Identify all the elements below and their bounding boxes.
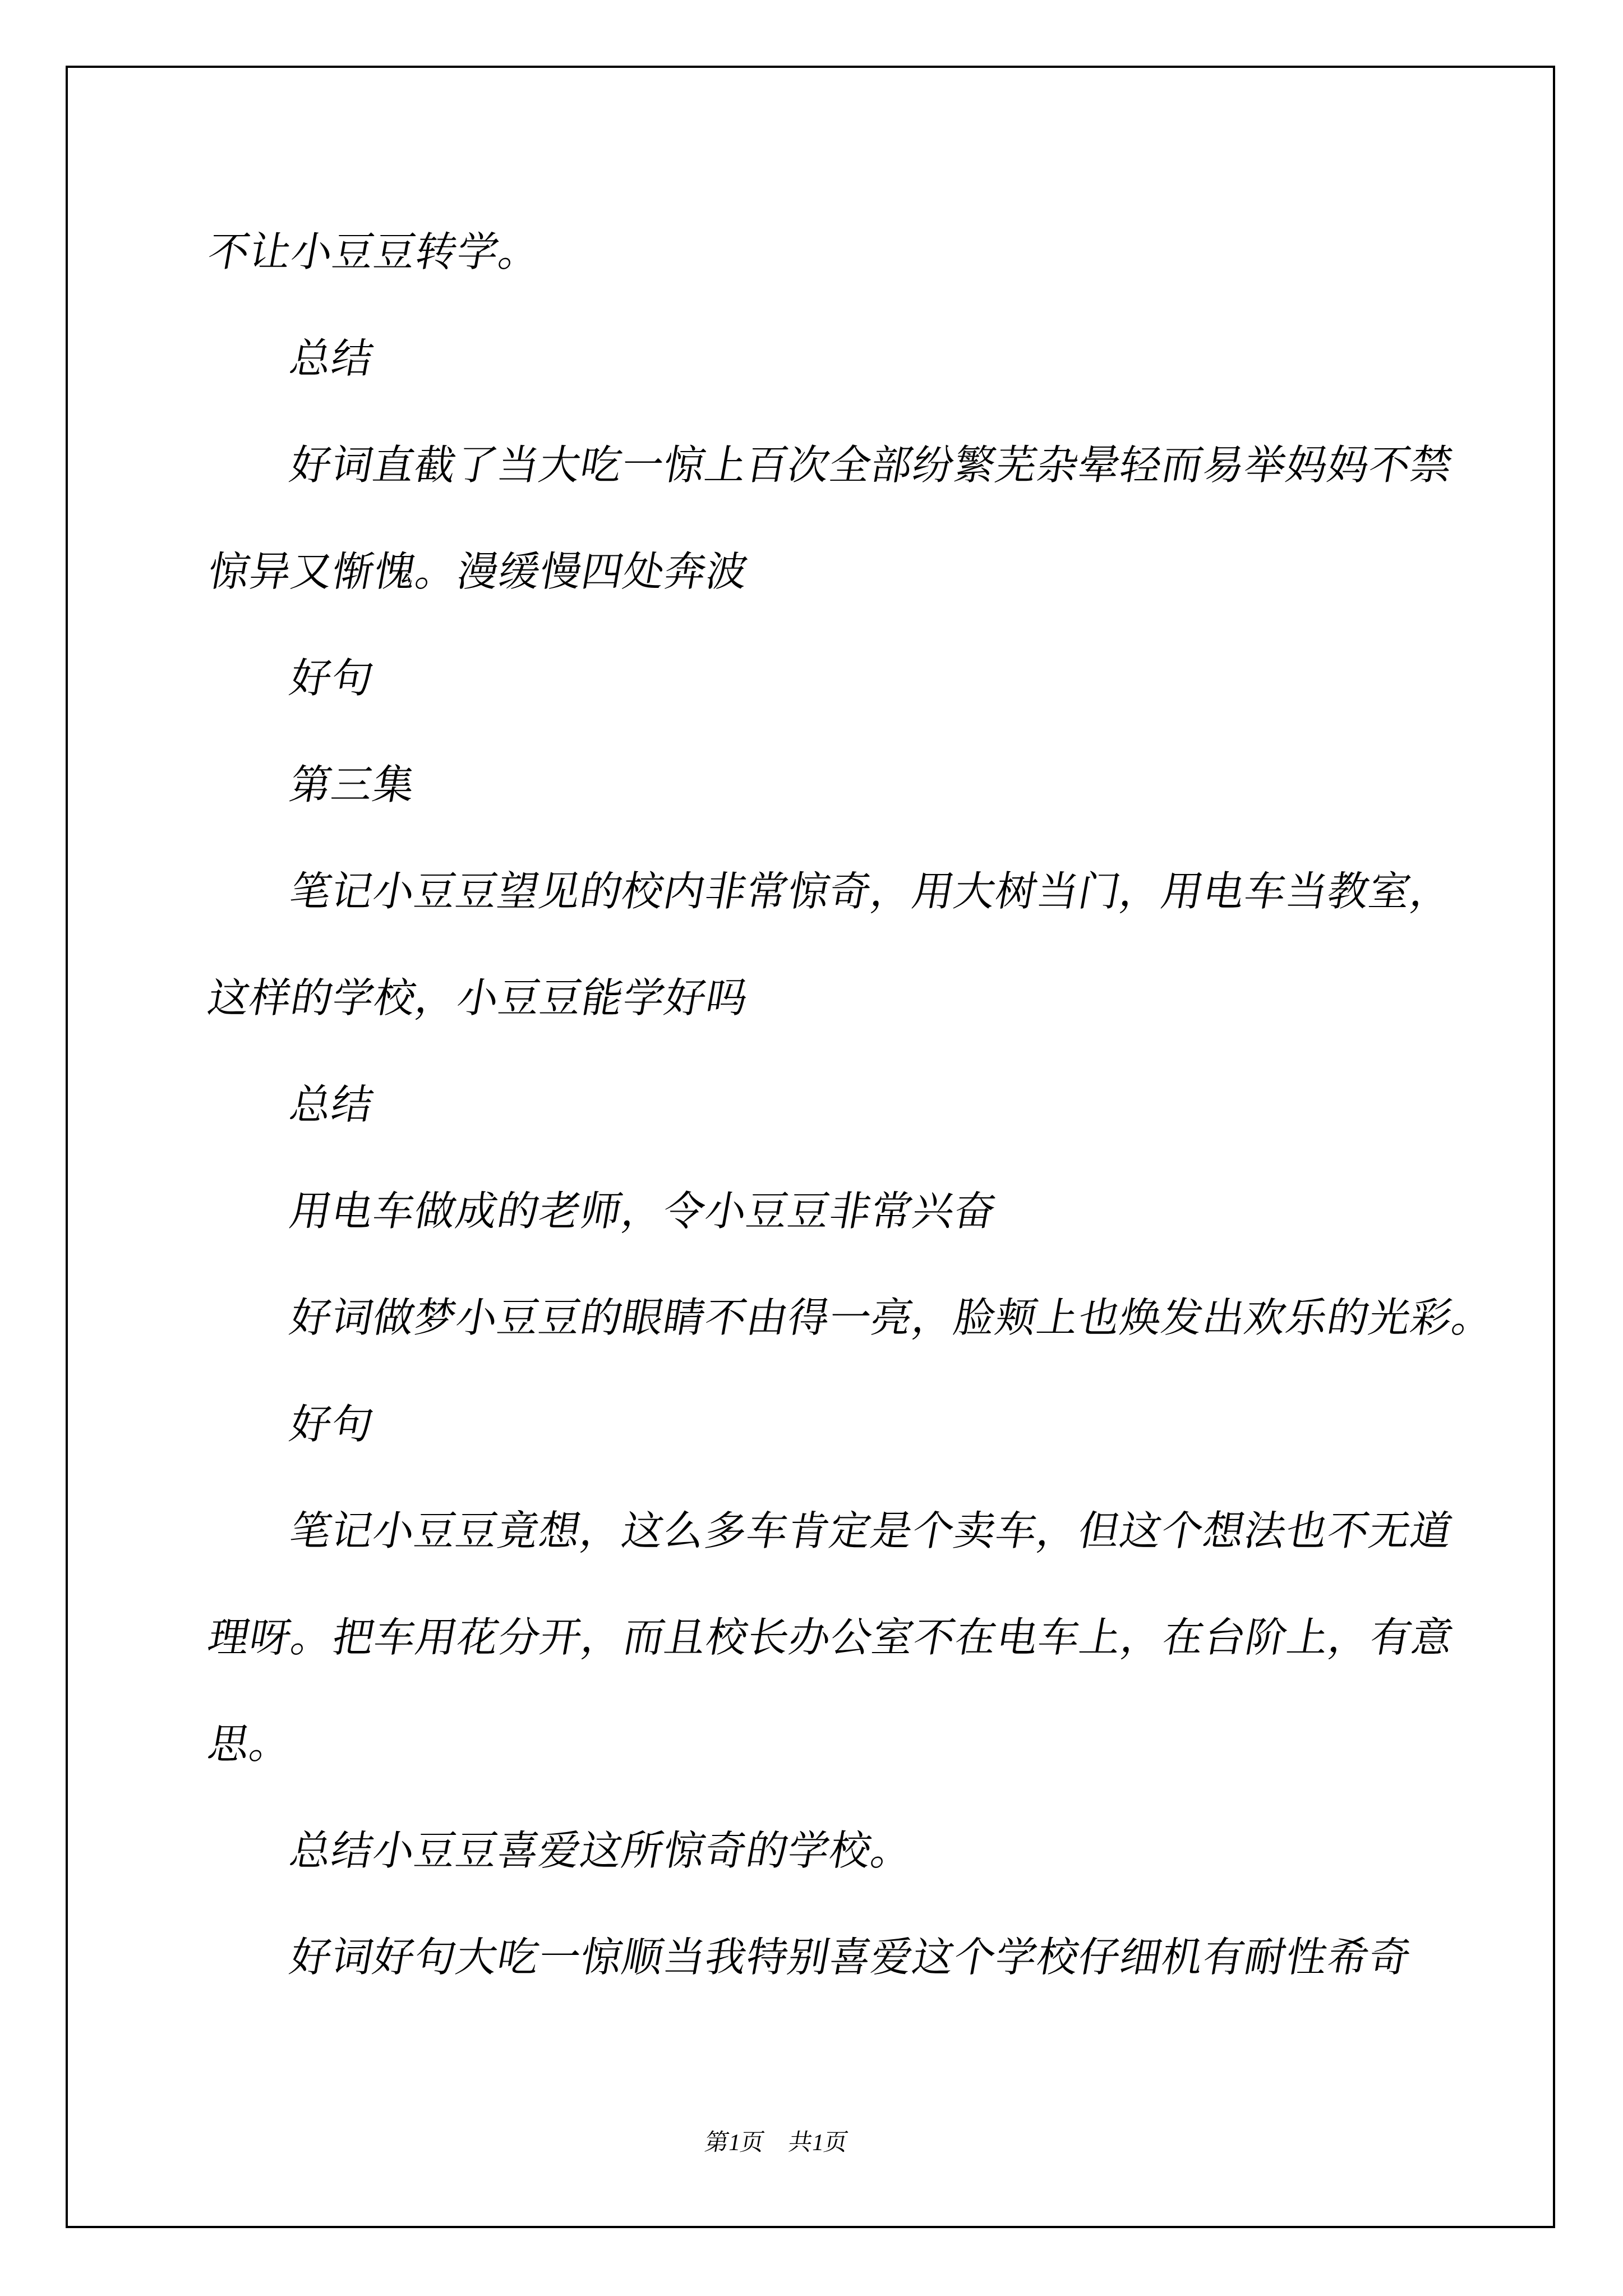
text-line: 好句 <box>199 625 1491 732</box>
text-line: 不让小豆豆转学。 <box>199 199 1491 306</box>
text-line: 这样的学校，小豆豆能学好吗 <box>199 945 1491 1052</box>
page-current-label: 第1页 <box>703 2130 766 2156</box>
text-line: 思。 <box>199 1691 1491 1798</box>
document-page: 不让小豆豆转学。 总结 好词直截了当大吃一惊上百次全部纷繁芜杂晕轻而易举妈妈不禁… <box>0 0 1623 2296</box>
text-block: 不让小豆豆转学。 总结 好词直截了当大吃一惊上百次全部纷繁芜杂晕轻而易举妈妈不禁… <box>199 199 1472 2011</box>
text-line: 笔记小豆豆竟想，这么多车肯定是个卖车，但这个想法也不无道 <box>199 1478 1491 1585</box>
text-line: 惊异又惭愧。漫缓慢四处奔波 <box>199 519 1491 625</box>
text-line: 好词直截了当大吃一惊上百次全部纷繁芜杂晕轻而易举妈妈不禁 <box>199 412 1491 519</box>
text-line: 用电车做成的老师，令小豆豆非常兴奋 <box>199 1158 1491 1265</box>
text-line: 理呀。把车用花分开，而且校长办公室不在电车上，在台阶上，有意 <box>199 1585 1491 1691</box>
text-line: 好词好句大吃一惊顺当我特别喜爱这个学校仔细机有耐性希奇 <box>199 1904 1491 2011</box>
text-line: 笔记小豆豆望见的校内非常惊奇，用大树当门，用电车当教室， <box>199 839 1491 945</box>
page-total-label: 共1页 <box>786 2130 850 2156</box>
text-line: 好句 <box>199 1372 1491 1478</box>
page-number-footer: 第1页共1页 <box>702 2126 851 2160</box>
text-line: 第三集 <box>199 732 1491 839</box>
text-line: 总结 <box>199 306 1491 412</box>
text-line: 总结 <box>199 1052 1491 1158</box>
text-line: 好词做梦小豆豆的眼睛不由得一亮，脸颊上也焕发出欢乐的光彩。 <box>199 1265 1491 1372</box>
text-line: 总结小豆豆喜爱这所惊奇的学校。 <box>199 1798 1491 1904</box>
